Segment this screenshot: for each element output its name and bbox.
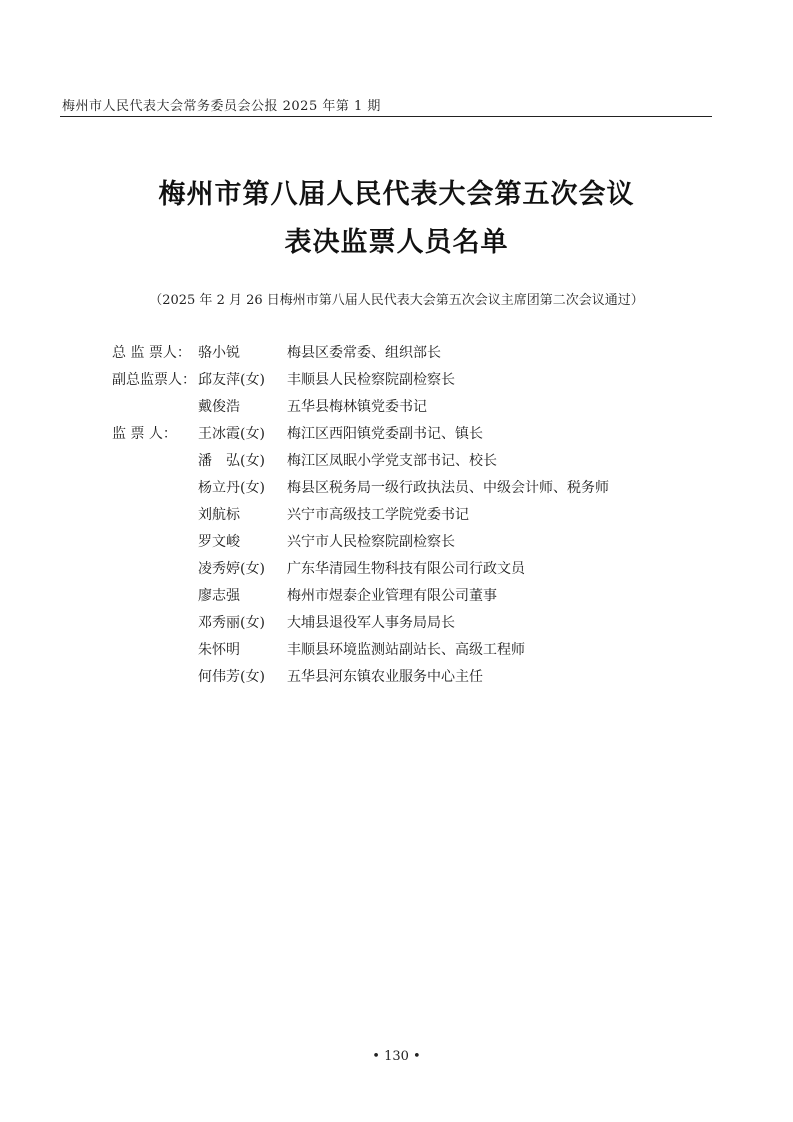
member-position: 大埔县退役军人事务局局长 <box>287 612 455 632</box>
member-position: 兴宁市高级技工学院党委书记 <box>287 504 469 524</box>
document-title-line-2: 表决监票人员名单 <box>0 220 793 259</box>
member-position: 兴宁市人民检察院副检察长 <box>287 531 455 551</box>
member-name: 王冰霞(女) <box>198 423 265 443</box>
member-position: 五华县河东镇农业服务中心主任 <box>287 666 483 686</box>
member-role: 总 监 票人： <box>112 342 200 362</box>
member-name: 戴俊浩 <box>198 396 240 416</box>
member-name: 罗文峻 <box>198 531 240 551</box>
member-position: 丰顺县环境监测站副站长、高级工程师 <box>287 639 525 659</box>
member-name: 廖志强 <box>198 585 240 605</box>
member-role: 监 票 人： <box>112 423 200 443</box>
document-title-line-1: 梅州市第八届人民代表大会第五次会议 <box>0 172 793 211</box>
running-header: 梅州市人民代表大会常务委员会公报 2025 年第 1 期 <box>62 95 381 114</box>
member-name: 潘 弘(女) <box>198 450 265 470</box>
member-name: 骆小锐 <box>198 342 240 362</box>
member-name: 凌秀婷(女) <box>198 558 265 578</box>
page-number: • 130 • <box>0 1049 793 1064</box>
member-position: 梅州市煜泰企业管理有限公司董事 <box>287 585 497 605</box>
member-position: 梅县区税务局一级行政执法员、中级会计师、税务师 <box>287 477 609 497</box>
member-position: 梅江区凤眠小学党支部书记、校长 <box>287 450 497 470</box>
member-position: 丰顺县人民检察院副检察长 <box>287 369 455 389</box>
member-name: 何伟芳(女) <box>198 666 265 686</box>
member-position: 五华县梅林镇党委书记 <box>287 396 427 416</box>
member-name: 朱怀明 <box>198 639 240 659</box>
document-subtitle: （2025 年 2 月 26 日梅州市第八届人民代表大会第五次会议主席团第二次会… <box>0 289 793 308</box>
member-name: 邱友萍(女) <box>198 369 265 389</box>
member-position: 梅县区委常委、组织部长 <box>287 342 441 362</box>
member-name: 杨立丹(女) <box>198 477 265 497</box>
member-position: 梅江区西阳镇党委副书记、镇长 <box>287 423 483 443</box>
member-role: 副总监票人： <box>112 369 200 389</box>
member-name: 邓秀丽(女) <box>198 612 265 632</box>
member-name: 刘航标 <box>198 504 240 524</box>
member-position: 广东华清园生物科技有限公司行政文员 <box>287 558 525 578</box>
header-rule <box>60 116 712 117</box>
